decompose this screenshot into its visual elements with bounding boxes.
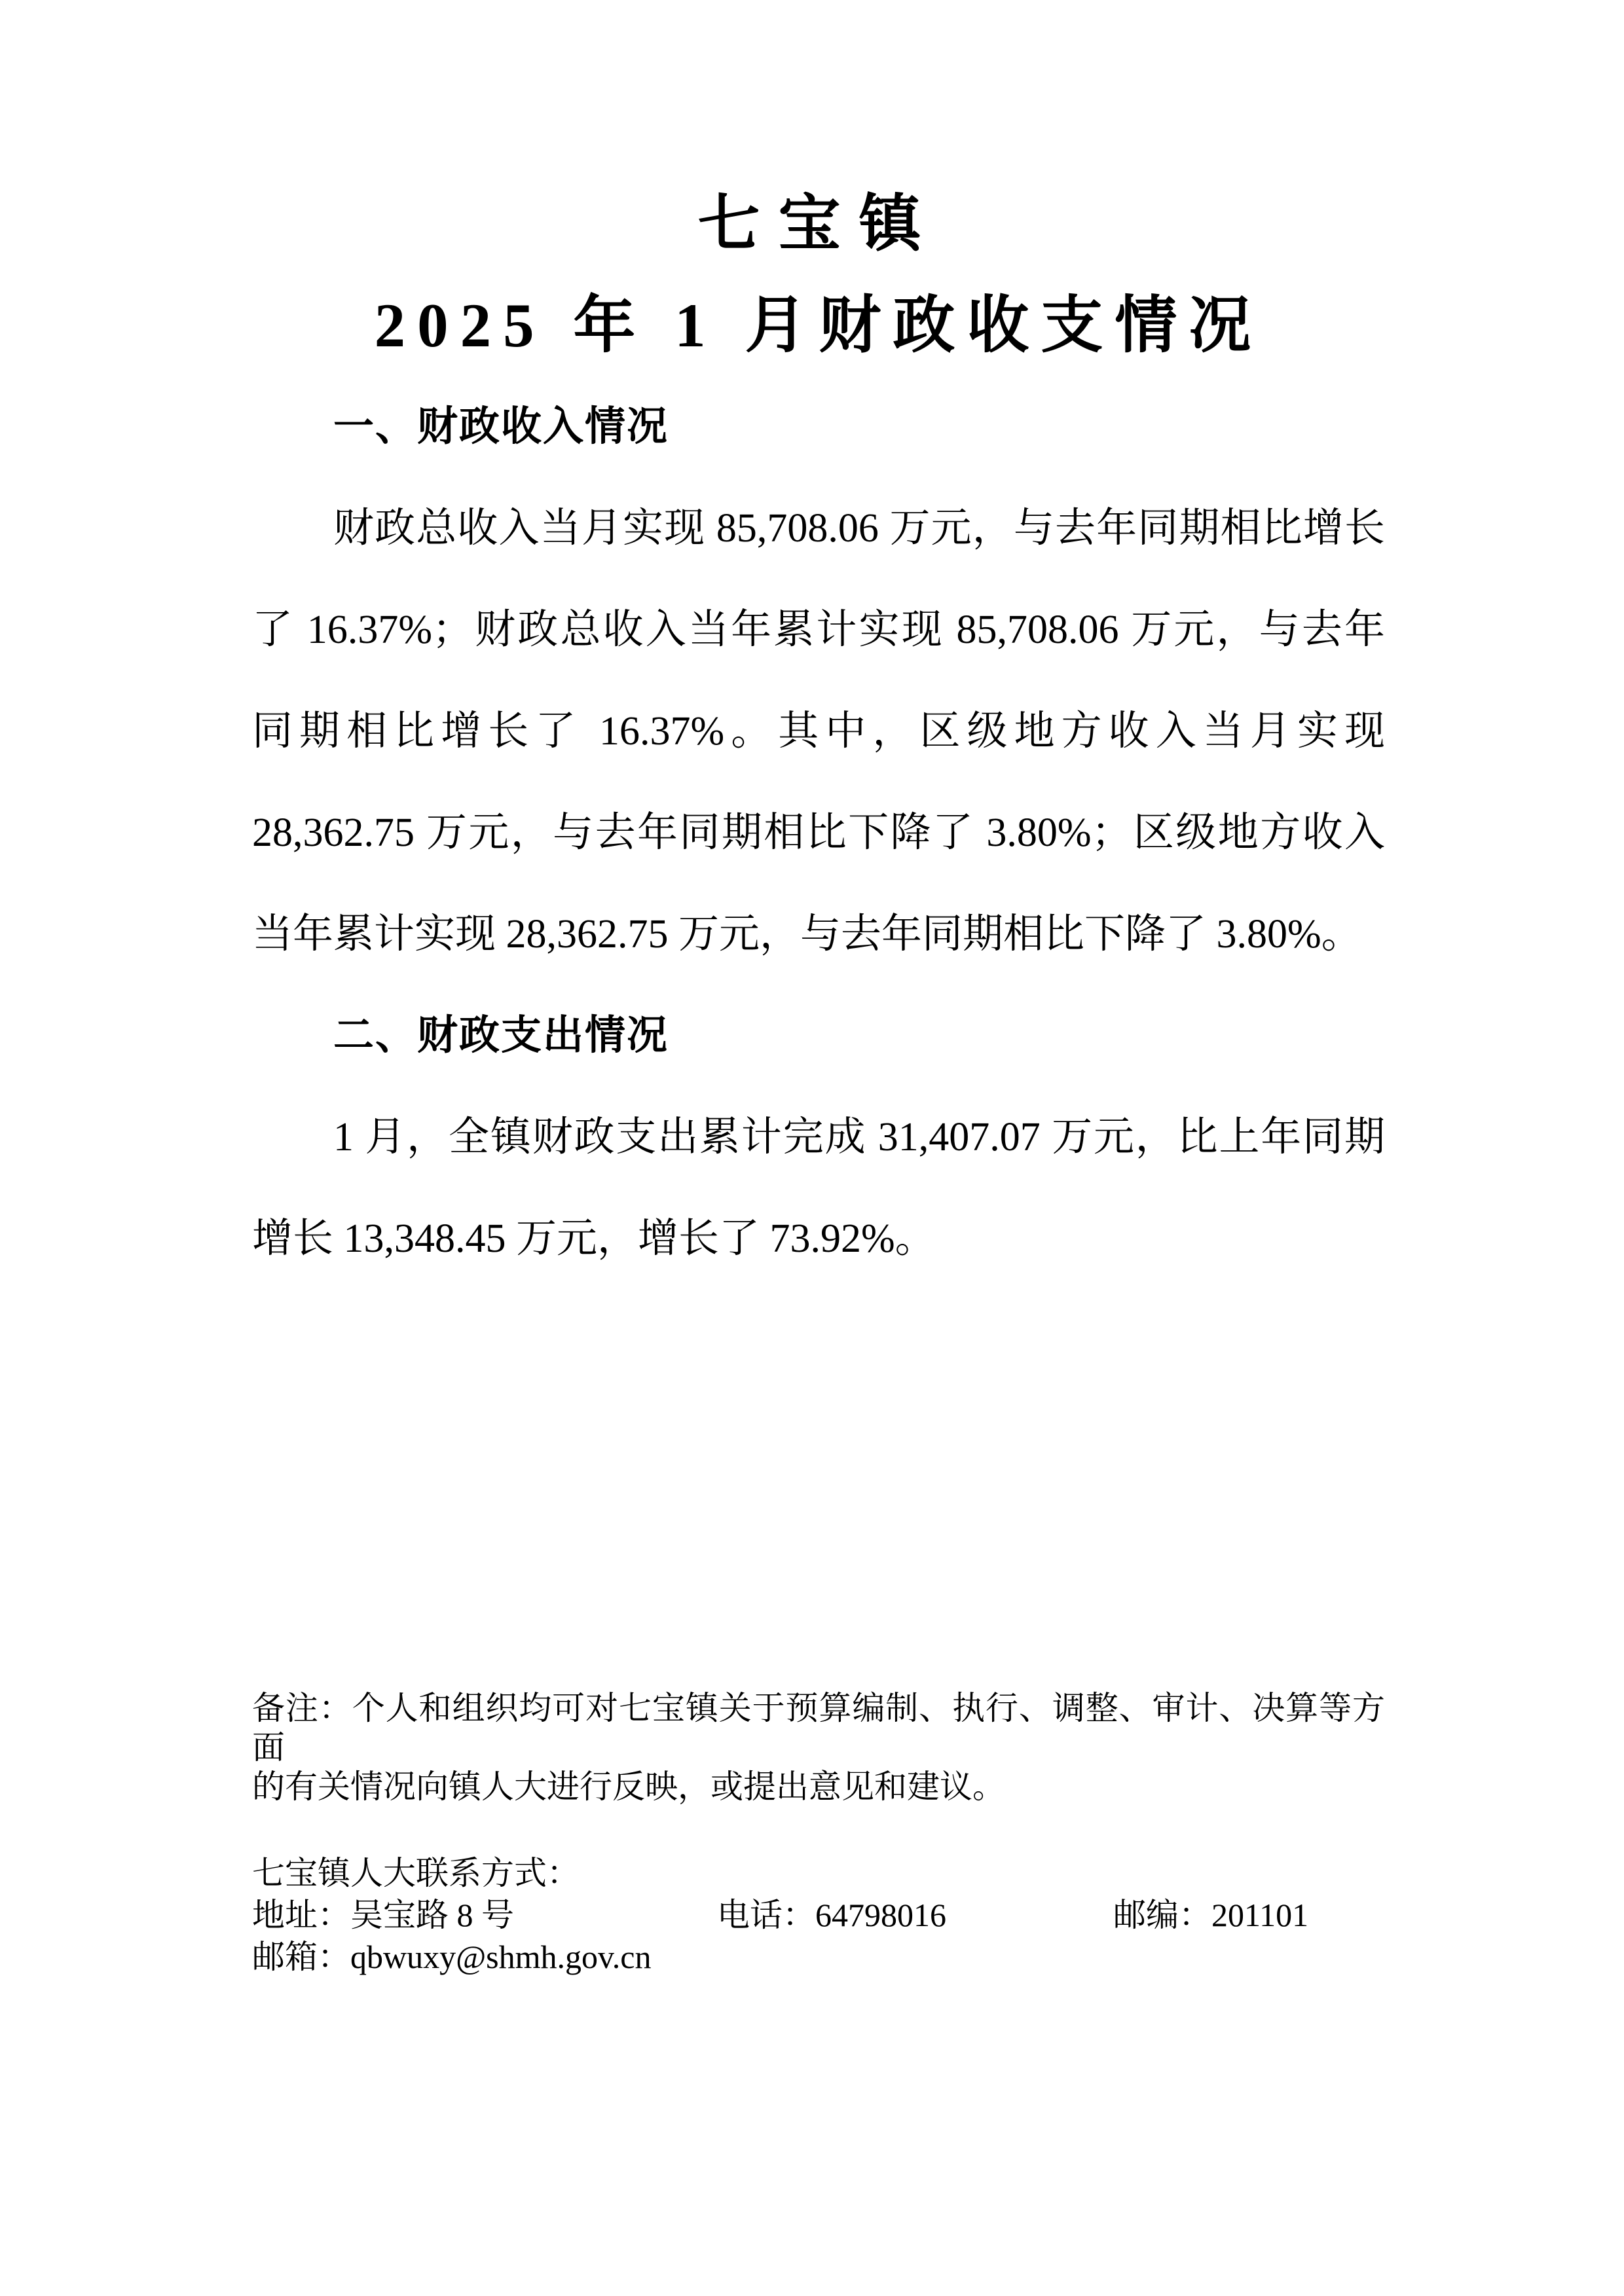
contact-email: 邮箱：qbwuxy@shmh.gov.cn (252, 1936, 1385, 1978)
note-line-2: 的有关情况向镇人大进行反映，或提出意见和建议。 (252, 1767, 1385, 1806)
document-page: 七宝镇 2025 年 1 月财政收支情况 一、财政收入情况 财政总收入当月实现 … (0, 0, 1624, 2296)
contact-heading: 七宝镇人大联系方式： (252, 1852, 1385, 1894)
section-revenue-heading: 一、财政收入情况 (252, 376, 1385, 478)
document-footer: 备注：个人和组织均可对七宝镇关于预算编制、执行、调整、审计、决算等方面 的有关情… (252, 1688, 1385, 1978)
contact-section: 七宝镇人大联系方式： 地址：吴宝路 8 号 电话：64798016 邮编：201… (252, 1852, 1385, 1978)
contact-phone: 电话：64798016 (717, 1894, 1113, 1936)
contact-address: 地址：吴宝路 8 号 (252, 1894, 717, 1936)
note-line-1: 备注：个人和组织均可对七宝镇关于预算编制、执行、调整、审计、决算等方面 (252, 1688, 1385, 1767)
document-body: 一、财政收入情况 财政总收入当月实现 85,708.06 万元，与去年同期相比增… (252, 376, 1385, 1290)
title-line-2: 2025 年 1 月财政收支情况 (252, 275, 1385, 376)
revenue-paragraph-line-2: 了 16.37%；财政总收入当年累计实现 85,708.06 万元，与去年 (252, 579, 1385, 681)
revenue-paragraph-line-3: 同期相比增长了 16.37%。其中，区级地方收入当月实现 (252, 681, 1385, 782)
section-expenditure-heading: 二、财政支出情况 (252, 985, 1385, 1087)
expenditure-paragraph-line-2: 增长 13,348.45 万元，增长了 73.92%。 (252, 1188, 1385, 1290)
note: 备注：个人和组织均可对七宝镇关于预算编制、执行、调整、审计、决算等方面 的有关情… (252, 1688, 1385, 1806)
revenue-paragraph-line-5: 当年累计实现 28,362.75 万元，与去年同期相比下降了 3.80%。 (252, 884, 1385, 985)
expenditure-paragraph-line-1: 1 月，全镇财政支出累计完成 31,407.07 万元，比上年同期 (252, 1087, 1385, 1188)
contact-row: 地址：吴宝路 8 号 电话：64798016 邮编：201101 (252, 1894, 1385, 1936)
title-line-1: 七宝镇 (252, 173, 1385, 275)
contact-postcode: 邮编：201101 (1113, 1894, 1308, 1936)
revenue-paragraph-line-1: 财政总收入当月实现 85,708.06 万元，与去年同期相比增长 (252, 478, 1385, 579)
document-title: 七宝镇 2025 年 1 月财政收支情况 (252, 173, 1385, 376)
revenue-paragraph-line-4: 28,362.75 万元，与去年同期相比下降了 3.80%；区级地方收入 (252, 782, 1385, 884)
